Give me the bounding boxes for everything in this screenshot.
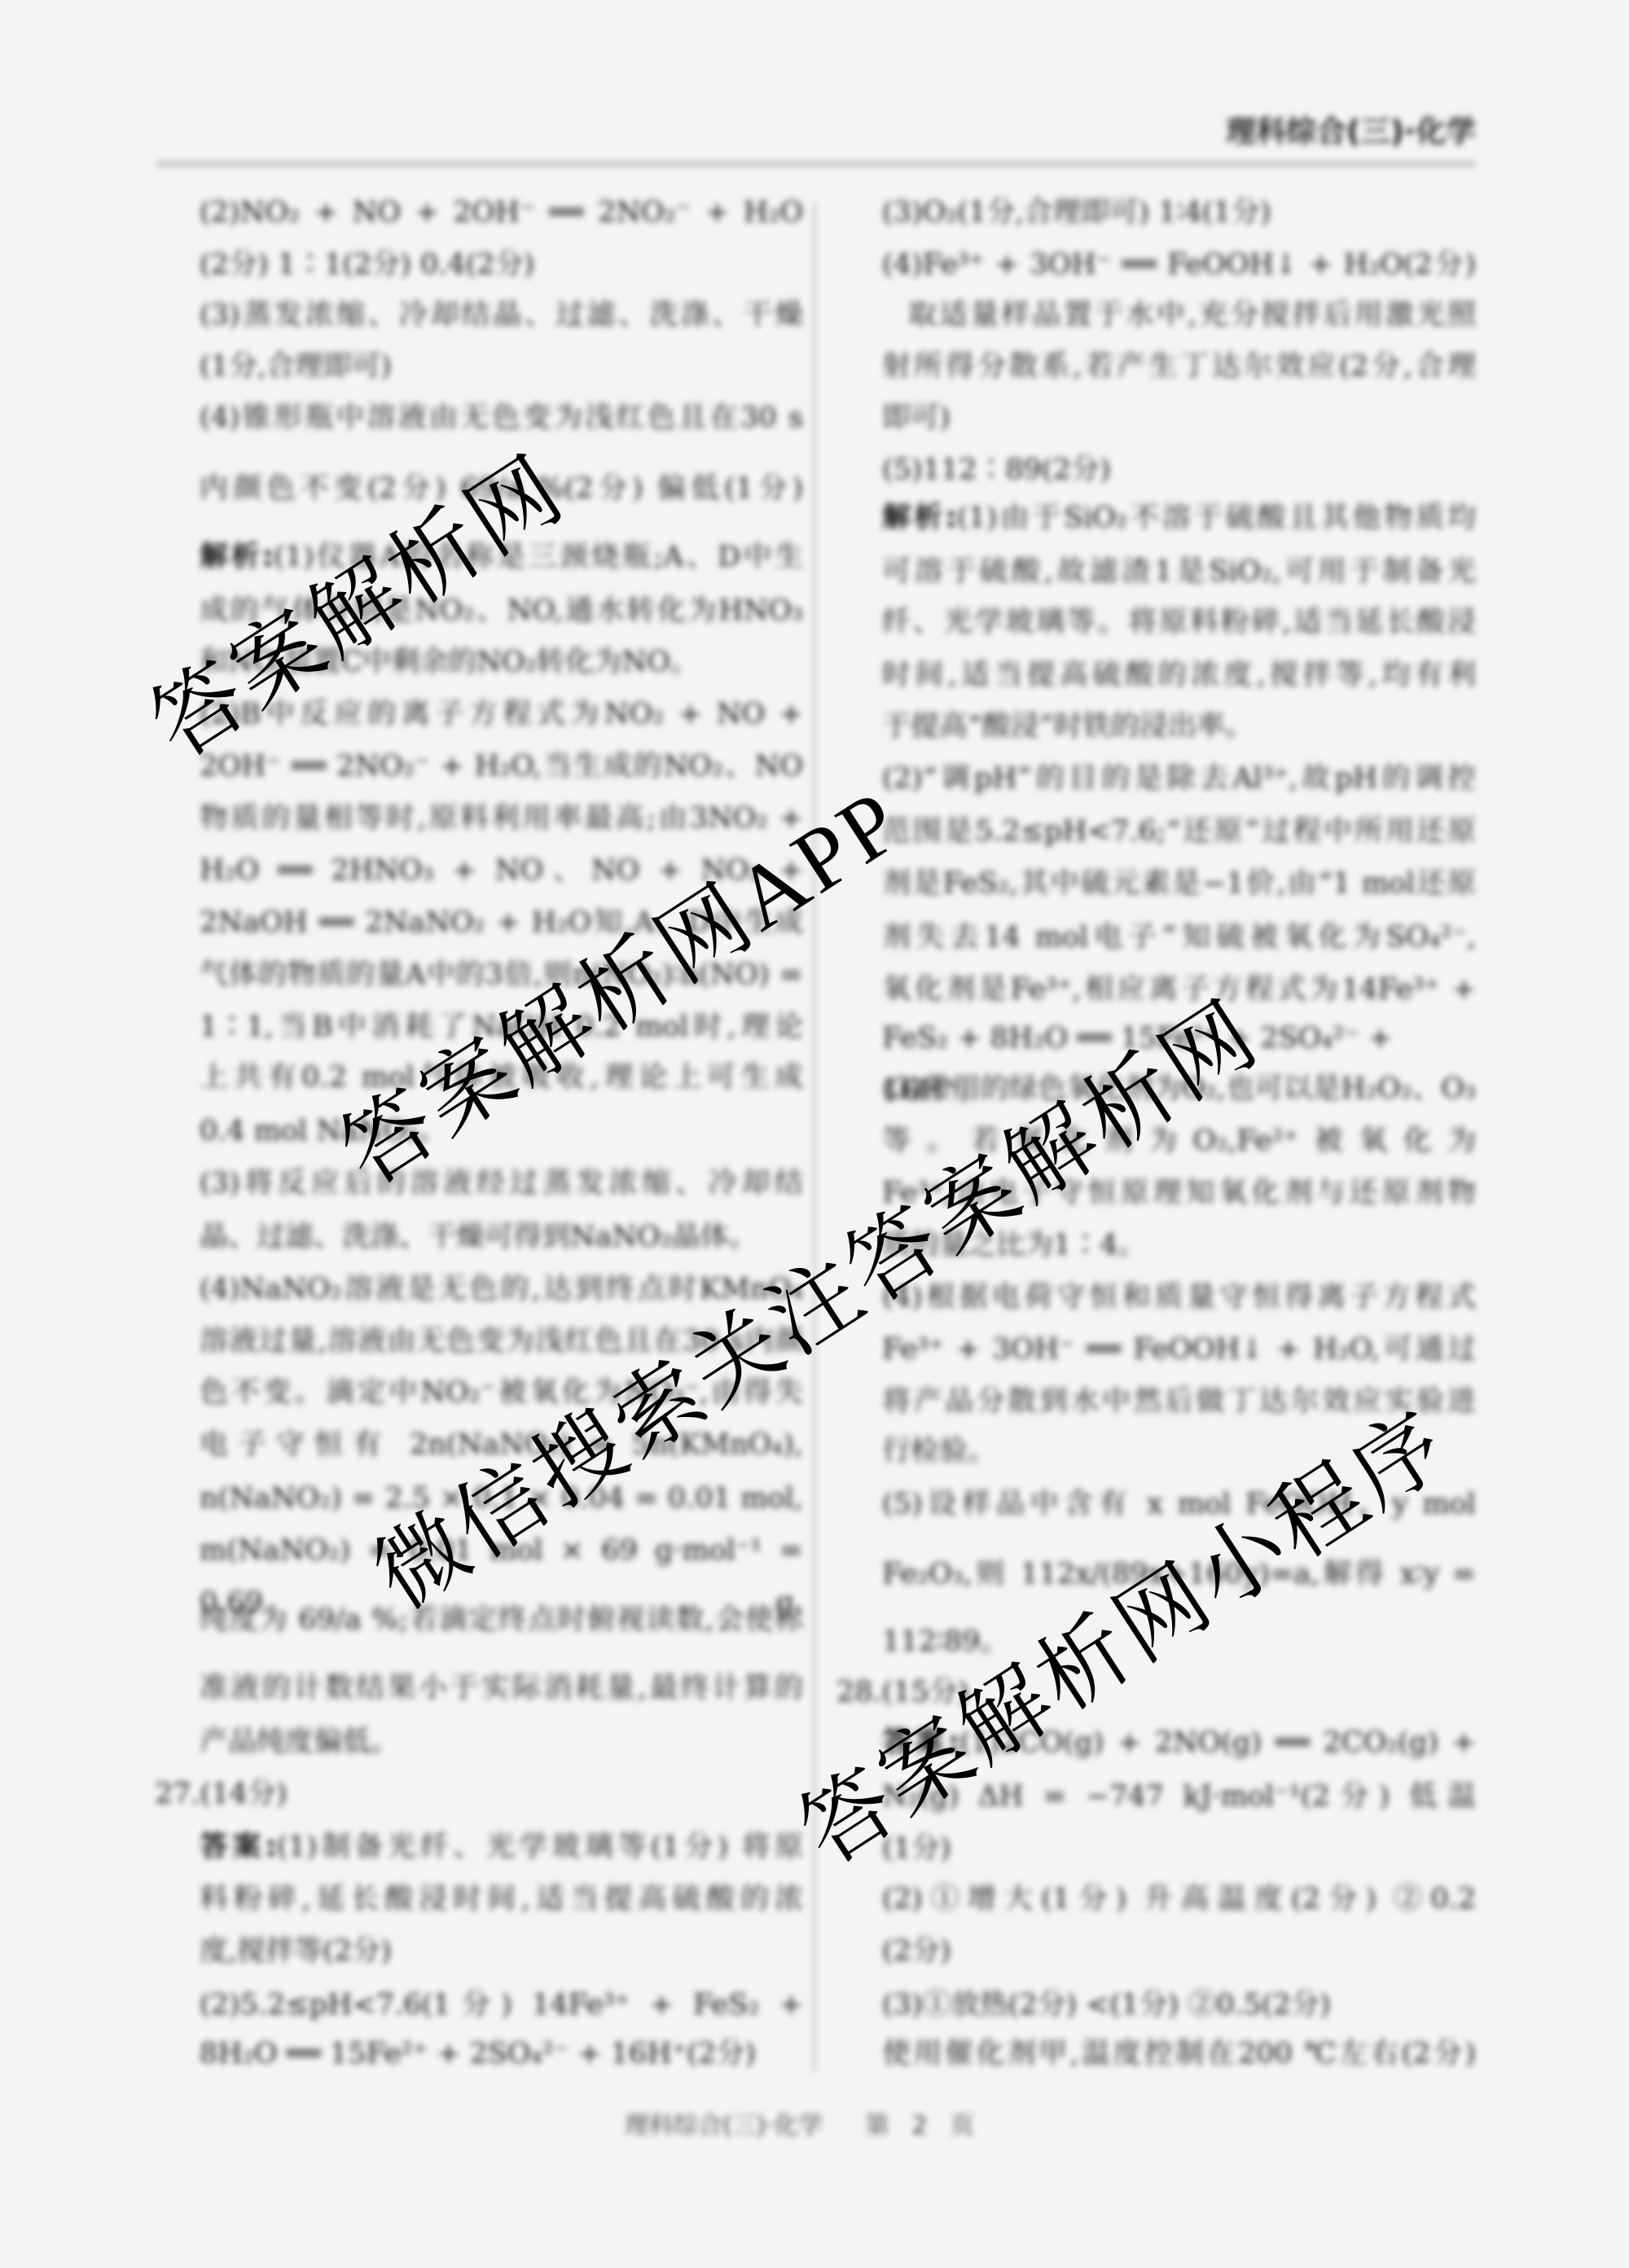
text-line: 8H₂O ══ 15Fe²⁺ + 2SO₄²⁻ + 16H⁺(2分): [200, 2028, 803, 2080]
document-page: 理科综合(三)·化学 (2)NO₂ + NO + 2OH⁻ ══ 2NO₂⁻ +…: [0, 0, 1629, 2268]
question-number-27: 27.(14分): [155, 1768, 481, 1820]
text-line: 纯度为 69/a %;若滴定终点时俯视读数,会使标: [200, 1594, 803, 1646]
text-line: (3)蒸发浓缩、冷却结晶、过滤、洗涤、干燥: [200, 289, 803, 341]
text-line: (2分) 1∶1(2分) 0.4(2分): [200, 239, 803, 291]
analysis-label: 解析:: [882, 502, 957, 534]
text-line: 使用催化剂甲,温度控制在200 ℃左右(2分): [882, 2028, 1476, 2080]
blurred-document-content: 理科综合(三)·化学 (2)NO₂ + NO + 2OH⁻ ══ 2NO₂⁻ +…: [0, 0, 1629, 2268]
text-line: 产品纯度偏低。: [200, 1716, 803, 1768]
text-line: (4)锥形瓶中溶液由无色变为浅红色且在30 s: [200, 392, 803, 444]
line-text: (1)由于SiO₂不溶于硫酸且其他物质均: [957, 502, 1476, 534]
answer-line: 答案:(1)制备光纤、光学玻璃等(1分) 将原: [200, 1821, 803, 1873]
text-line: 可溶于硫酸,故滤渣1是SiO₂,可用于制备光: [882, 546, 1476, 598]
text-line: 剂是FeS₂,其中硫元素是−1价,由“1 mol还原: [882, 858, 1476, 910]
text-line: 于提高“酸浸”时铁的浸出率。: [882, 700, 1476, 752]
text-line: 纤、光学玻璃等。将原料粉碎,适当延长酸浸: [882, 596, 1476, 648]
text-line: (3)O₂(1分,合理即可) 1∶4(1分): [882, 186, 1476, 239]
text-line: 取适量样品置于水中,充分搅拌后用激光照: [908, 289, 1476, 341]
text-line: (5)112∶89(2分): [882, 444, 1476, 496]
analysis-label: 解析:: [200, 541, 274, 573]
text-line: (2)“调pH”的目的是除去Al³⁺,故pH的调控: [882, 752, 1476, 805]
text-line: (2分): [882, 1925, 1476, 1977]
text-line: 剂失去14 mol电子”知硫被氧化为SO₄²⁻,: [882, 911, 1476, 963]
text-line: (3)①放热(2分) <(1分) ②0.5(2分): [882, 1979, 1476, 2031]
text-line: 度,搅拌等(2分): [200, 1925, 803, 1977]
header-rule: [156, 161, 1476, 167]
text-line: 即可): [882, 392, 1476, 444]
text-line: 2OH⁻ ══ 2NO₂⁻ + H₂O,当生成的NO₂、NO: [200, 740, 803, 792]
text-line: (2)①增大(1分) 升高温度(2分) ②0.2: [882, 1873, 1476, 1925]
page-header-title: 理科综合(三)·化学: [1226, 114, 1476, 150]
footer-title: 理科综合(三)·化学: [625, 2112, 823, 2140]
text-line: 射所得分散系,若产生丁达尔效应(2分,合理: [882, 340, 1476, 393]
text-line: (4)NaNO₂溶液是无色的,达到终点时KMnO₄: [200, 1263, 803, 1315]
text-line: Fe³⁺ + 3OH⁻ ══ FeOOH↓ + H₂O,可通过: [882, 1323, 1476, 1375]
text-line: (4)根据电荷守恒和质量守恒得离子方程式: [882, 1271, 1476, 1323]
text-line: (2)NO₂ + NO + 2OH⁻ ══ 2NO₂⁻ + H₂O: [200, 186, 803, 239]
page-footer: 理科综合(三)·化学第 2 页: [625, 2111, 974, 2142]
answer-label: 答案:: [200, 1831, 277, 1863]
page-number: 第 2 页: [865, 2112, 974, 2140]
analysis-line: 解析:(1)由于SiO₂不溶于硫酸且其他物质均: [882, 492, 1476, 544]
text-line: 准液的计数结果小于实际消耗量,最终计算的: [200, 1662, 803, 1714]
line-text: (1)制备光纤、光学玻璃等(1分) 将原: [277, 1831, 803, 1863]
text-line: (1分): [882, 1823, 1476, 1875]
text-line: (3)将反应后的溶液经过蒸发浓缩、冷却结: [200, 1157, 803, 1209]
text-line: 料粉碎,延长酸浸时间,适当提高硫酸的浓: [200, 1873, 803, 1925]
text-line: 氧化剂是Fe³⁺,相应离子方程式为14Fe³⁺ +: [882, 963, 1476, 1016]
text-line: 时间,适当提高硫酸的浓度,搅拌等,均有利: [882, 649, 1476, 701]
text-line: (4)Fe³⁺ + 3OH⁻ ══ FeOOH↓ + H₂O(2分): [882, 239, 1476, 291]
text-line: (1分,合理即可): [200, 340, 803, 393]
text-line: 晶、过滤、洗涤、干燥可得到NaNO₂晶体。: [200, 1211, 803, 1263]
text-line: 范围是5.2≤pH<7.6;“还原”过程中所用还原: [882, 805, 1476, 858]
text-line: 物质的量相等时,原料利用率最高;由3NO₂ +: [200, 792, 803, 844]
text-line: (2)5.2≤pH<7.6(1分) 14Fe³⁺ + FeS₂ +: [200, 1979, 803, 2031]
